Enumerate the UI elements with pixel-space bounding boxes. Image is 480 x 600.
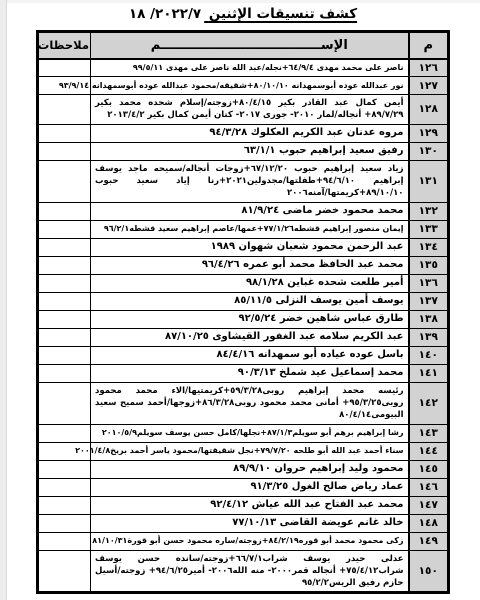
row-name-cell: خالد غانم عويضة القاضى ٧٧/١٠/١٣ [91,514,409,532]
row-number-cell: ١٣٥ [409,256,449,274]
table-row: ١٣٧ يوسف أمين يوسف النزلى ٨٥/١١/٥ [38,292,449,310]
table-row: ١٣٥ محمد عبد الحافظ محمد أبو عمره ٩٦/٤/٢… [38,256,449,274]
row-name-cell: عماد رياض صالح الغول ٩١/٣/٢٥ [91,478,409,496]
row-notes-cell [38,532,91,550]
table-row: ١٤٢ رئيسه محمد إبراهيم روبى٥٩/٣/٢٨+كريمت… [38,382,449,424]
row-name-cell: عدلى حيدر يوسف شراب٦٦/٧/١+زوجته/سانده حس… [91,550,409,593]
header-notes-column: ملاحظات [38,32,91,59]
table-body: ١٢٦ ناصر على محمد مهدى ٦٤/٩/٤+نجله/عبد ا… [38,59,449,593]
row-name-cell: ناصر على محمد مهدى ٦٤/٩/٤+نجله/عبد الله … [91,59,409,77]
table-row: ١٣٣ إيمان منصور إبراهيم قشطه٧٧/١/٢٦+عمها… [38,220,449,238]
row-name-cell: طارق عباس شاهين خضر ٩٢/٥/٢٤ [91,310,409,328]
row-number-cell: ١٤٢ [409,382,449,424]
row-number-cell: ١٣٩ [409,328,449,346]
row-name-cell: سناء أحمد عبد الله أبو طلحه ٧٩/٧/٢٠+نجل … [91,442,409,460]
table-row: ١٣٦ أمير طلعت شحده غباين ٩٨/١/٢٨ [38,274,449,292]
row-notes-cell [38,292,91,310]
row-number-cell: ١٢٧ [409,77,449,95]
row-name-cell: محمد عبد الفتاح عبد الله عياش ٩٢/٤/١٢ [91,496,409,514]
row-number-cell: ١٤٧ [409,496,449,514]
row-name-cell: رشا إبراهيم برهم أبو سويلم٨٧/١/٣+نجلها/ك… [91,424,409,442]
table-row: ١٤٧ محمد عبد الفتاح عبد الله عياش ٩٢/٤/١… [38,496,449,514]
header-name-column: الإســــــــــــــــــــــــــــــــــــ… [91,32,409,59]
row-notes-cell [38,220,91,238]
row-number-cell: ١٤٨ [409,514,449,532]
row-number-cell: ١٢٨ [409,95,449,125]
row-notes-cell [38,478,91,496]
page-title-text: كشف تنسيقات الإثنين [209,6,357,22]
row-notes-cell [38,382,91,424]
row-notes-cell [38,59,91,77]
row-notes-cell [38,238,91,256]
row-notes-cell [38,310,91,328]
table-row: ١٤١ محمد إسماعيل عيد شملخ ٩٠/٣/١٣ [38,364,449,382]
table-row: ١٤٩ زكى محمود محمد أبو قوره٨٤/٢/١٩+زوجته… [38,532,449,550]
row-notes-cell [38,328,91,346]
row-number-cell: ١٤١ [409,364,449,382]
table-row: ١٣٢ محمد محمود خضر ماضى ٨١/٩/٢٤ [38,202,449,220]
row-number-cell: ١٣١ [409,160,449,202]
row-notes-cell [38,202,91,220]
row-notes-cell [38,460,91,478]
row-name-cell: عبد الرحمن محمود شعبان شهوان ١٩٨٩ [91,238,409,256]
row-name-cell: محمد محمود خضر ماضى ٨١/٩/٢٤ [91,202,409,220]
row-number-cell: ١٤٠ [409,346,449,364]
row-number-cell: ١٣٤ [409,238,449,256]
row-name-cell: أمير طلعت شحده غباين ٩٨/١/٢٨ [91,274,409,292]
row-number-cell: ١٤٦ [409,478,449,496]
row-number-cell: ١٣٦ [409,274,449,292]
scanned-document-page: كشف تنسيقات الإثنين ٢٠٢٢/٧/ ١٨ م الإســـ… [0,0,480,600]
row-name-cell: محمود وليد إبراهيم حروان ٨٩/٩/١٠ [91,460,409,478]
page-title: كشف تنسيقات الإثنين ٢٠٢٢/٧/ ١٨ [36,6,450,22]
row-name-cell: محمد إسماعيل عيد شملخ ٩٠/٣/١٣ [91,364,409,382]
table-row: ١٢٩ مروه عدنان عبد الكريم العكلوك ٩٤/٣/٢… [38,124,449,142]
table-row: ١٢٨ أيمن كمال عبد القادر بكير ٨٠/٤/١٥+زو… [38,95,449,125]
row-name-cell: أيمن كمال عبد القادر بكير ٨٠/٤/١٥+زوجته/… [91,95,409,125]
row-name-cell: زكى محمود محمد أبو قوره٨٤/٢/١٩+زوجته/سار… [91,532,409,550]
page-title-date: ٢٠٢٢/٧/ ١٨ [129,6,201,22]
row-name-cell: باسل عوده عياده أبو سمهدانه ٨٤/٤/١٦ [91,346,409,364]
row-number-cell: ١٥٠ [409,550,449,593]
table-row: ١٢٧ نور عبدالله عوده أبوسمهدانه ٨٠/١٠/١٠… [38,77,449,95]
row-notes-cell [38,496,91,514]
table-row: ١٣١ زياد سعيد إبراهيم حبوب ٦٧/١٢/٢٠+زوجا… [38,160,449,202]
row-number-cell: ١٣٠ [409,142,449,160]
row-notes-cell [38,142,91,160]
table-row: ١٤٥ محمود وليد إبراهيم حروان ٨٩/٩/١٠ [38,460,449,478]
scan-edge-top [7,0,480,3]
table-header-row: م الإســــــــــــــــــــــــــــــــــ… [38,32,449,59]
row-notes-cell [38,160,91,202]
row-notes-cell [38,274,91,292]
row-name-cell: عبد الكريم سلامه عبد الغفور القيشاوى ٨٧/… [91,328,409,346]
row-notes-cell [38,514,91,532]
table-row: ١٤٤ سناء أحمد عبد الله أبو طلحه ٧٩/٧/٢٠+… [38,442,449,460]
row-number-cell: ١٣٨ [409,310,449,328]
table-row: ١٣٤ عبد الرحمن محمود شعبان شهوان ١٩٨٩ [38,238,449,256]
row-name-cell: زياد سعيد إبراهيم حبوب ٦٧/١٢/٢٠+زوجات أن… [91,160,409,202]
row-number-cell: ١٢٦ [409,59,449,77]
row-name-cell: رئيسه محمد إبراهيم روبى٥٩/٣/٢٨+كريمتيها/… [91,382,409,424]
table-row: ١٣٠ رفيق سعيد إبراهيم حبوب ٦٣/١/١ [38,142,449,160]
row-notes-cell [38,424,91,442]
row-notes-cell [38,95,91,125]
table-row: ١٤٠ باسل عوده عياده أبو سمهدانه ٨٤/٤/١٦ [38,346,449,364]
table-row: ١٤٨ خالد غانم عويضة القاضى ٧٧/١٠/١٣ [38,514,449,532]
row-name-cell: رفيق سعيد إبراهيم حبوب ٦٣/١/١ [91,142,409,160]
row-name-cell: يوسف أمين يوسف النزلى ٨٥/١١/٥ [91,292,409,310]
row-number-cell: ١٣٧ [409,292,449,310]
row-number-cell: ١٤٥ [409,460,449,478]
row-notes-cell [38,124,91,142]
table-row: ١٣٩ عبد الكريم سلامه عبد الغفور القيشاوى… [38,328,449,346]
row-name-cell: مروه عدنان عبد الكريم العكلوك ٩٤/٣/٢٨ [91,124,409,142]
table-row: ١٣٨ طارق عباس شاهين خضر ٩٢/٥/٢٤ [38,310,449,328]
row-notes-cell [38,364,91,382]
table-row: ١٢٦ ناصر على محمد مهدى ٦٤/٩/٤+نجله/عبد ا… [38,59,449,77]
scan-edge-left [0,0,7,600]
row-notes-cell [38,256,91,274]
table-row: ١٤٣ رشا إبراهيم برهم أبو سويلم٨٧/١/٣+نجل… [38,424,449,442]
row-number-cell: ١٣٢ [409,202,449,220]
coordination-table: م الإســــــــــــــــــــــــــــــــــ… [36,30,450,594]
row-name-cell: نور عبدالله عوده أبوسمهدانه ٨٠/١٠/١٠+شقي… [91,77,409,95]
row-name-cell: محمد عبد الحافظ محمد أبو عمره ٩٦/٤/٢٦ [91,256,409,274]
row-name-cell: إيمان منصور إبراهيم قشطه٧٧/١/٢٦+عمها/عاص… [91,220,409,238]
row-notes-cell [38,550,91,593]
header-number-column: م [409,32,449,59]
table-row: ١٥٠ عدلى حيدر يوسف شراب٦٦/٧/١+زوجته/ساند… [38,550,449,593]
table-row: ١٤٦ عماد رياض صالح الغول ٩١/٣/٢٥ [38,478,449,496]
row-number-cell: ١٤٩ [409,532,449,550]
row-number-cell: ١٤٤ [409,442,449,460]
row-number-cell: ١٤٣ [409,424,449,442]
row-number-cell: ١٢٩ [409,124,449,142]
row-number-cell: ١٣٣ [409,220,449,238]
row-notes-cell [38,346,91,364]
